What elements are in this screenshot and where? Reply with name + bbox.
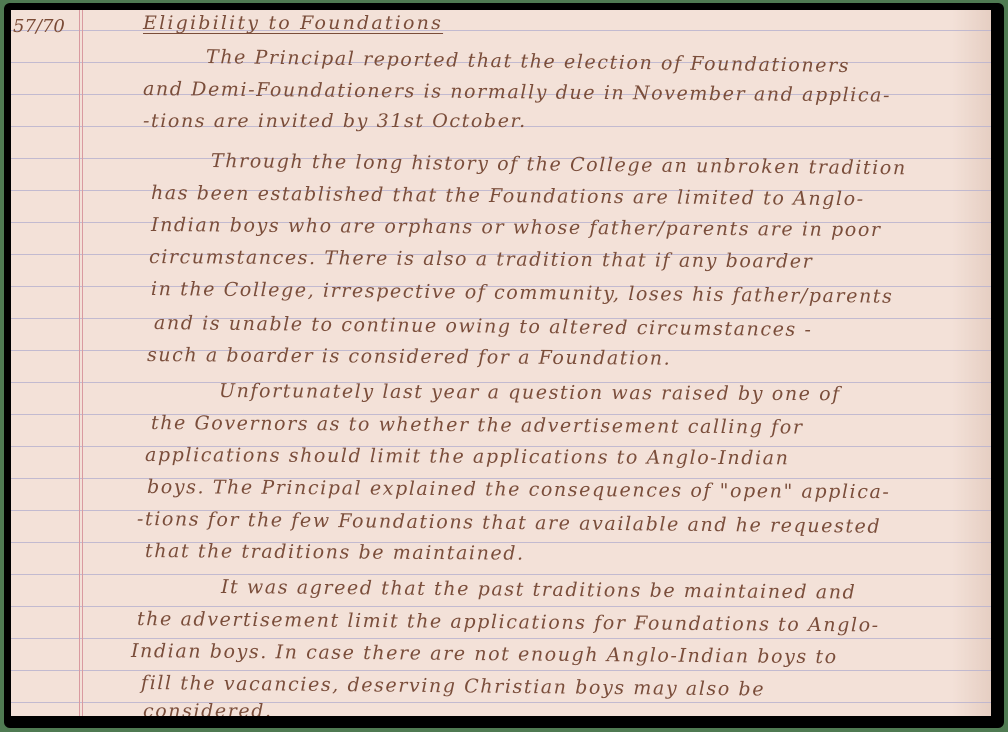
ruled-line (11, 606, 991, 607)
text-line: fill the vacancies, deserving Christian … (141, 672, 765, 701)
text-line: the advertisement limit the applications… (137, 608, 880, 636)
text-line: boys. The Principal explained the conseq… (147, 476, 891, 503)
text-line: and Demi-Foundationers is normally due i… (143, 78, 891, 107)
text-line: such a boarder is considered for a Found… (147, 344, 671, 370)
text-line: the Governors as to whether the advertis… (151, 412, 804, 439)
text-line: -tions are invited by 31st October. (143, 110, 527, 132)
page-title: Eligibility to Foundations (143, 12, 443, 34)
text-line: applications should limit the applicatio… (145, 444, 790, 469)
text-line: Indian boys who are orphans or whose fat… (151, 214, 882, 241)
text-line: The Principal reported that the election… (206, 46, 850, 77)
ruled-line (11, 574, 991, 575)
text-line: Indian boys. In case there are not enoug… (131, 640, 838, 668)
text-line: Through the long history of the College … (211, 150, 907, 179)
text-line: has been established that the Foundation… (151, 182, 865, 210)
text-line: It was agreed that the past traditions b… (221, 576, 857, 604)
ruled-line (11, 670, 991, 671)
ledger-page: 57/70 Eligibility to Foundations The Pri… (11, 10, 991, 716)
text-line: -tions for the few Foundations that are … (137, 508, 881, 538)
text-line: and is unable to continue owing to alter… (154, 312, 813, 341)
text-line: considered. (143, 700, 273, 716)
minute-reference-number: 57/70 (13, 16, 65, 37)
text-line: in the College, irrespective of communit… (151, 278, 894, 308)
margin-line (82, 10, 83, 716)
text-line: Unfortunately last year a question was r… (219, 380, 841, 405)
text-line: that the traditions be maintained. (145, 540, 525, 565)
margin-line (79, 10, 80, 716)
ruled-line (11, 638, 991, 639)
text-line: circumstances. There is also a tradition… (149, 246, 813, 273)
